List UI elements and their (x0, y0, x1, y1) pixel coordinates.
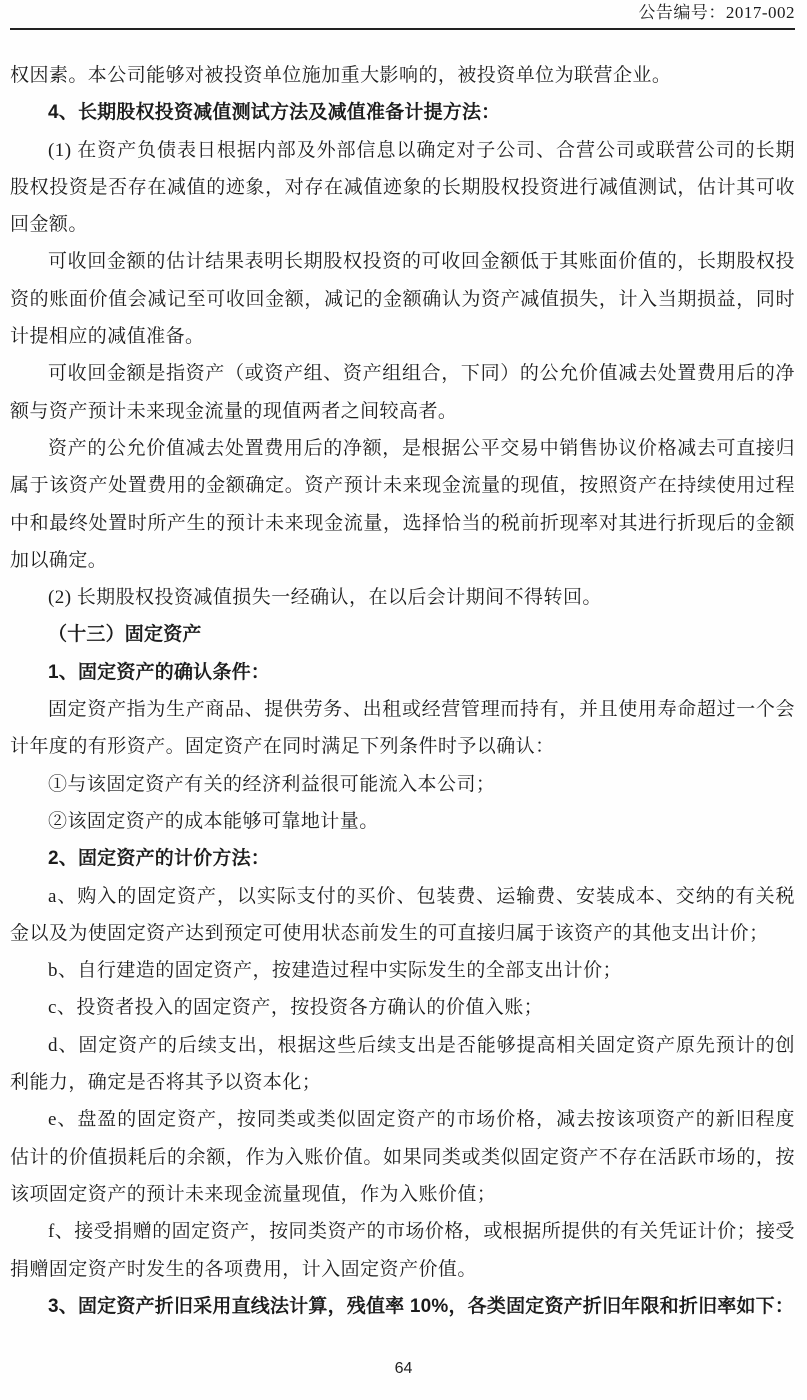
list-item-circle-1: ①与该固定资产有关的经济利益很可能流入本公司； (10, 766, 795, 803)
document-body: 权因素。本公司能够对被投资单位施加重大影响的，被投资单位为联营企业。 4、长期股… (10, 57, 795, 1325)
paragraph-item-2: (2) 长期股权投资减值损失一经确认，在以后会计期间不得转回。 (10, 579, 795, 616)
list-item-a: a、购入的固定资产，以实际支付的买价、包装费、运输费、安装成本、交纳的有关税金以… (10, 878, 795, 953)
list-item-b: b、自行建造的固定资产，按建造过程中实际发生的全部支出计价； (10, 952, 795, 989)
document-page: 公告编号：2017-002 权因素。本公司能够对被投资单位施加重大影响的，被投资… (0, 0, 807, 1400)
page-footer: 64 (0, 1360, 807, 1378)
paragraph-item-1: (1) 在资产负债表日根据内部及外部信息以确定对子公司、合营公司或联营公司的长期… (10, 132, 795, 244)
list-item-f: f、接受捐赠的固定资产，按同类资产的市场价格，或根据所提供的有关凭证计价；接受捐… (10, 1213, 795, 1288)
section-heading-4: 4、长期股权投资减值测试方法及减值准备计提方法： (10, 94, 795, 131)
list-item-d: d、固定资产的后续支出，根据这些后续支出是否能够提高相关固定资产原先预计的创利能… (10, 1027, 795, 1102)
section-heading-1: 1、固定资产的确认条件： (10, 654, 795, 691)
list-item-c: c、投资者投入的固定资产，按投资各方确认的价值入账； (10, 989, 795, 1026)
page-header: 公告编号：2017-002 (10, 0, 795, 30)
paragraph: 可收回金额的估计结果表明长期股权投资的可收回金额低于其账面价值的，长期股权投资的… (10, 243, 795, 355)
section-heading-2: 2、固定资产的计价方法： (10, 840, 795, 877)
announcement-number: 公告编号：2017-002 (638, 3, 795, 22)
list-item-circle-2: ②该固定资产的成本能够可靠地计量。 (10, 803, 795, 840)
list-item-e: e、盘盈的固定资产，按同类或类似固定资产的市场价格，减去按该项资产的新旧程度估计… (10, 1101, 795, 1213)
section-heading-3: 3、固定资产折旧采用直线法计算，残值率 10%，各类固定资产折旧年限和折旧率如下… (10, 1288, 795, 1325)
paragraph: 资产的公允价值减去处置费用后的净额，是根据公平交易中销售协议价格减去可直接归属于… (10, 430, 795, 579)
chapter-heading-13: （十三）固定资产 (10, 616, 795, 653)
paragraph: 固定资产指为生产商品、提供劳务、出租或经营管理而持有，并且使用寿命超过一个会计年… (10, 691, 795, 766)
page-number: 64 (395, 1360, 413, 1377)
paragraph-continuation: 权因素。本公司能够对被投资单位施加重大影响的，被投资单位为联营企业。 (10, 57, 795, 94)
paragraph: 可收回金额是指资产（或资产组、资产组组合，下同）的公允价值减去处置费用后的净额与… (10, 355, 795, 430)
